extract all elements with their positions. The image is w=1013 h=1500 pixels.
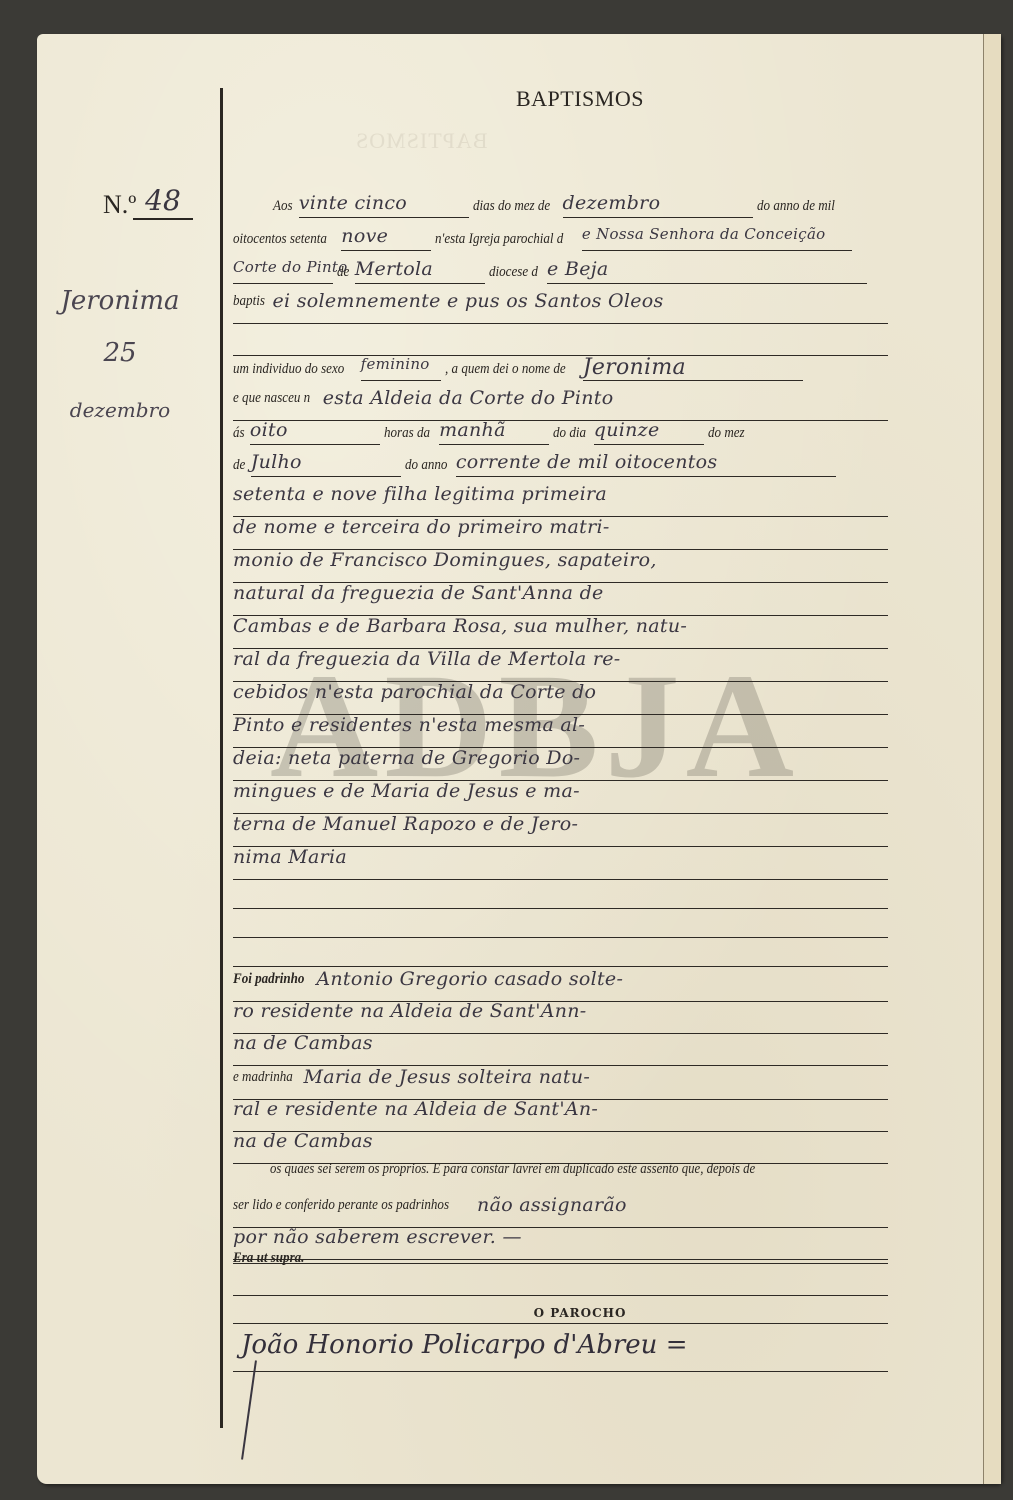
- body-line: de nome e terceira do primeiro matri-: [233, 516, 888, 550]
- line-godfather: Foi padrinho Antonio Gregorio casado sol…: [233, 968, 888, 1002]
- birth-day-field: quinze: [594, 419, 660, 442]
- birth-month-field: Julho: [251, 451, 302, 474]
- parish-priest-label: O PAROCHO: [260, 1306, 900, 1320]
- blank-line: [233, 322, 888, 356]
- body-line: Pinto e residentes n'esta mesma al-: [233, 714, 888, 748]
- parish-priest-signature: João Honorio Policarpo d'Abreu =: [233, 1330, 888, 1372]
- record-number: 48: [133, 184, 193, 220]
- closing-text: os quaes sei serem os proprios. E para c…: [270, 1161, 940, 1195]
- line-godmother: e madrinha Maria de Jesus solteira natu-: [233, 1066, 888, 1100]
- bleed-through-text: BAPTISMOS: [355, 128, 487, 154]
- page-title: BAPTISMOS: [260, 86, 900, 112]
- period-field: manhã: [439, 419, 506, 442]
- body-line: ro residente na Aldeia de Sant'Ann-: [233, 1000, 888, 1034]
- line-signature-status: ser lido e conferido perante os padrinho…: [233, 1194, 888, 1228]
- body-line: ral da freguezia da Villa de Mertola re-: [233, 648, 888, 682]
- year-field: nove: [341, 225, 388, 248]
- body-line: mingues e de Maria de Jesus e ma-: [233, 780, 888, 814]
- body-line: ral e residente na Aldeia de Sant'An-: [233, 1098, 888, 1132]
- body-line: deia: neta paterna de Gregorio Do-: [233, 747, 888, 781]
- margin-note-month: dezembro: [30, 398, 210, 422]
- body-line: monio de Francisco Domingues, sapateiro,: [233, 549, 888, 583]
- body-line: natural da freguezia de Sant'Anna de: [233, 582, 888, 616]
- body-line: na de Cambas: [233, 1032, 888, 1066]
- baptism-field: ei solemnemente e pus os Santos Oleos: [272, 290, 663, 313]
- child-name-field: Jeronima: [583, 355, 686, 381]
- birth-year-field: corrente de mil oitocentos: [456, 451, 718, 474]
- body-line: terna de Manuel Rapozo e de Jero-: [233, 813, 888, 847]
- month-field: dezembro: [563, 192, 661, 215]
- body-line: cebidos n'esta parochial da Corte do: [233, 681, 888, 715]
- margin-rule: [220, 88, 223, 1428]
- hour-field: oito: [250, 419, 288, 442]
- line-year-church: oitocentos setenta nove n'esta Igreja pa…: [233, 225, 888, 259]
- body-line: na de Cambas: [233, 1130, 888, 1164]
- body-line: Cambas e de Barbara Rosa, sua mulher, na…: [233, 615, 888, 649]
- godfather-label: Foi padrinho: [233, 971, 304, 991]
- line-sex-name: um individuo do sexo feminino , a quem d…: [233, 355, 888, 389]
- line-birth-time: ás oito horas da manhã do dia quinze do …: [233, 419, 888, 453]
- margin-note-name: Jeronima: [30, 286, 210, 316]
- godmother-field: Maria de Jesus solteira natu-: [303, 1066, 590, 1089]
- next-page-edge: [983, 34, 1001, 1484]
- signature-status-field: não assignarão: [477, 1194, 627, 1217]
- diocese-field: e Beja: [547, 258, 609, 281]
- day-field: vinte cinco: [299, 192, 407, 215]
- line-date: Aos vinte cinco dias do mez de dezembro …: [233, 192, 888, 226]
- blank-line: [233, 1230, 888, 1264]
- record-number-label: N.º: [103, 190, 136, 220]
- municipality-field: Mertola: [355, 258, 433, 281]
- blank-line: [233, 933, 888, 967]
- godfather-field: Antonio Gregorio casado solte-: [316, 968, 623, 991]
- line-birth-month-year: de Julho do anno corrente de mil oitocen…: [233, 451, 888, 485]
- body-line: setenta e nove filha legitima primeira: [233, 483, 888, 517]
- line-birthplace: e que nasceu n esta Aldeia da Corte do P…: [233, 387, 888, 421]
- church-field: e Nossa Senhora da Conceição: [582, 225, 826, 244]
- parish-field: Corte do Pinto: [233, 258, 348, 277]
- line-parish-diocese: Corte do Pinto de Mertola diocese d e Be…: [233, 258, 888, 292]
- godmother-label: e madrinha: [233, 1069, 293, 1089]
- line-baptism: baptis ei solemnemente e pus os Santos O…: [233, 290, 888, 324]
- sex-field: feminino: [361, 355, 430, 374]
- birthplace-field: esta Aldeia da Corte do Pinto: [323, 387, 614, 410]
- margin-note-day: 25: [30, 338, 210, 368]
